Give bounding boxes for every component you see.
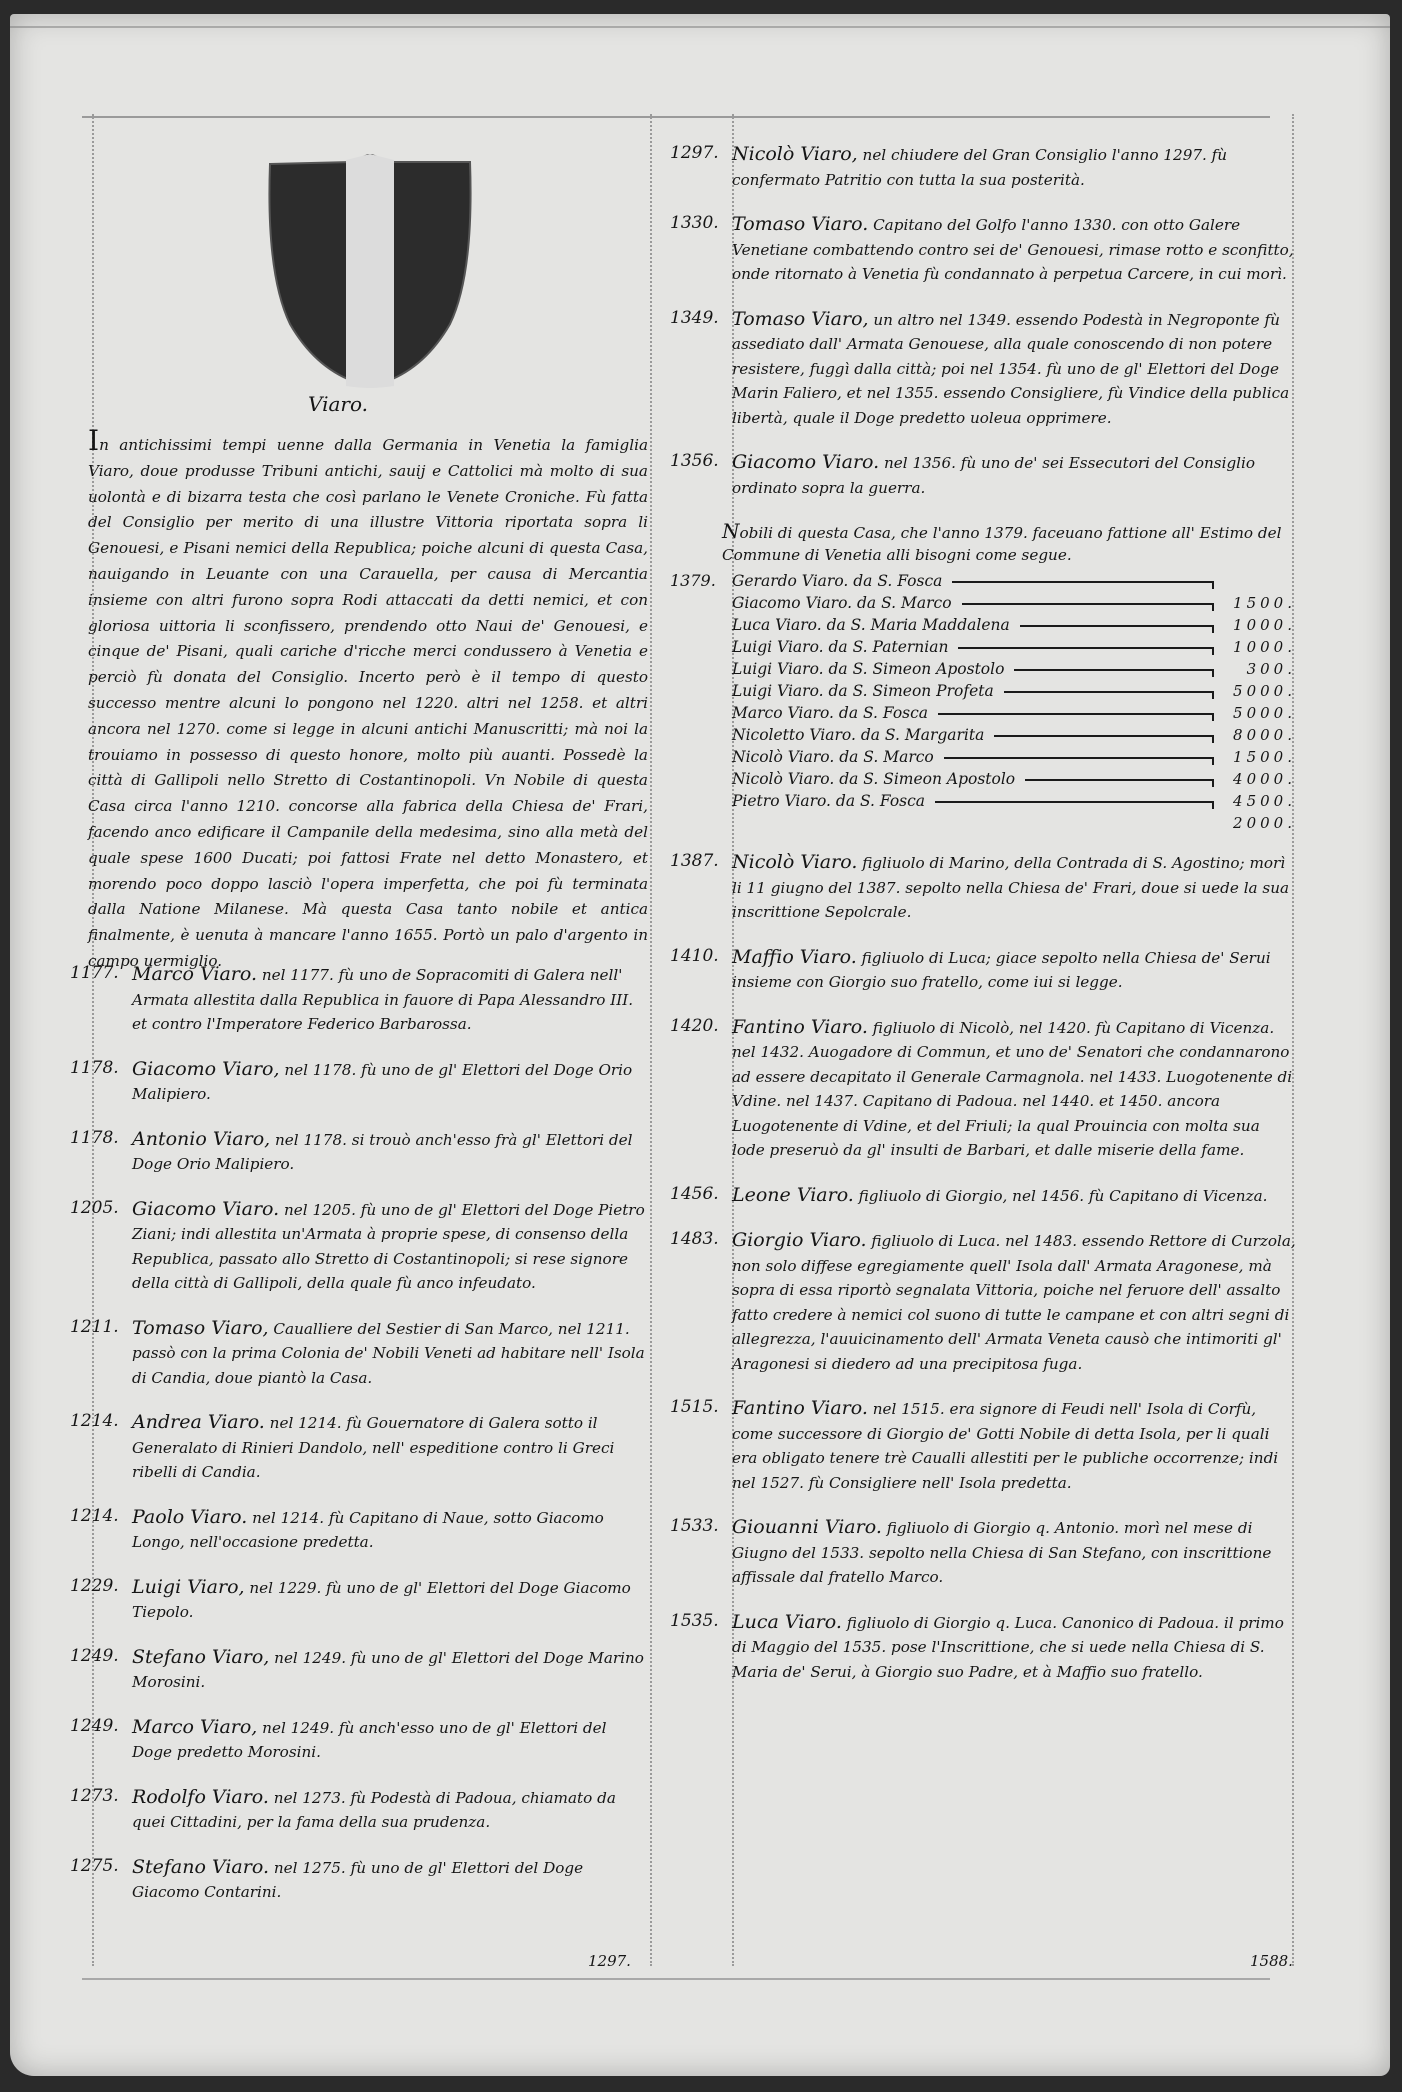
entry-text: figliuolo di Giorgio, nel 1456. fù Capit… [859,1187,1268,1205]
estimo-row: Luca Viaro. da S. Maria Maddalena1000. [670,612,1296,634]
leader-line [938,713,1212,715]
estimo-list: 1379.Gerardo Viaro. da S. FoscaGiacomo V… [670,568,1296,832]
entry-body: Stefano Viaro, nel 1249. fù uno de gl' E… [132,1645,650,1695]
estimo-row: Nicoletto Viaro. da S. Margarita8000. [670,722,1296,744]
estimo-row: Luigi Viaro. da S. Simeon Profeta5000. [670,678,1296,700]
estimo-row: Marco Viaro. da S. Fosca5000. [670,700,1296,722]
entry-name: Fantino Viaro. [732,1397,868,1419]
entry-year: 1297. [670,142,732,192]
left-entries: 1177.Marco Viaro. nel 1177. fù uno de So… [70,962,650,1925]
entry-name: Antonio Viaro, [132,1128,270,1150]
estimo-name: Luigi Viaro. da S. Simeon Apostolo [732,660,1004,678]
entry-year: 1420. [670,1015,732,1163]
estimo-name: Luca Viaro. da S. Maria Maddalena [732,616,1010,634]
entry-body: Paolo Viaro. nel 1214. fù Capitano di Na… [132,1505,650,1555]
drop-initial: I [88,424,99,457]
estimo-amount: 4000. [1216,770,1296,788]
chronicle-entry: 1275.Stefano Viaro. nel 1275. fù uno de … [70,1855,650,1905]
estimo-amount: 5000. [1216,682,1296,700]
entry-name: Marco Viaro. [132,963,257,985]
estimo-amount: 2000. [1216,814,1296,832]
entry-year: 1178. [70,1057,132,1107]
entry-body: Luca Viaro. figliuolo di Giorgio q. Luca… [732,1610,1296,1685]
entry-year: 1214. [70,1505,132,1555]
estimo-row: Luigi Viaro. da S. Paternian1000. [670,634,1296,656]
entry-body: Tomaso Viaro, Caualliere del Sestier di … [132,1316,650,1391]
entry-body: Maffio Viaro. figliuolo di Luca; giace s… [732,945,1296,995]
entry-body: Marco Viaro, nel 1249. fù anch'esso uno … [132,1715,650,1765]
chronicle-entry: 1205.Giacomo Viaro. nel 1205. fù uno de … [70,1197,650,1296]
leader-line [962,603,1212,605]
entry-year: 1273. [70,1785,132,1835]
intro-text: n antichissimi tempi uenne dalla Germani… [88,436,648,970]
entry-name: Rodolfo Viaro. [132,1786,269,1808]
chronicle-entry: 1420.Fantino Viaro. figliuolo di Nicolò,… [670,1015,1296,1163]
entry-name: Giacomo Viaro, [132,1058,280,1080]
chronicle-entry: 1456.Leone Viaro. figliuolo di Giorgio, … [670,1183,1296,1209]
leader-line [935,801,1212,803]
chronicle-entry: 1349.Tomaso Viaro, un altro nel 1349. es… [670,307,1296,431]
entry-body: Nicolò Viaro. figliuolo di Marino, della… [732,850,1296,925]
entry-year: 1349. [670,307,732,431]
entry-year: 1249. [70,1715,132,1765]
coat-of-arms-shield-icon [260,154,480,390]
chronicle-entry: 1177.Marco Viaro. nel 1177. fù uno de So… [70,962,650,1037]
entry-body: Giacomo Viaro, nel 1178. fù uno de gl' E… [132,1057,650,1107]
entry-body: Luigi Viaro, nel 1229. fù uno de gl' Ele… [132,1575,650,1625]
chronicle-entry: 1297.Nicolò Viaro, nel chiudere del Gran… [670,142,1296,192]
entry-body: Giacomo Viaro. nel 1205. fù uno de gl' E… [132,1197,650,1296]
right-column: 1297.Nicolò Viaro, nel chiudere del Gran… [670,142,1296,1704]
entry-year: 1533. [670,1515,732,1590]
entry-name: Tomaso Viaro, [132,1317,269,1339]
leader-line [944,757,1212,759]
entry-year: 1211. [70,1316,132,1391]
entry-year: 1456. [670,1183,732,1209]
estimo-amount: 5000. [1216,704,1296,722]
entry-year: 1214. [70,1410,132,1485]
leader-line [1025,779,1212,781]
entry-year: 1356. [670,450,732,500]
estimo-row: Giacomo Viaro. da S. Marco1500. [670,590,1296,612]
entry-name: Giacomo Viaro. [732,451,879,473]
entry-year: 1177. [70,962,132,1037]
chronicle-entry: 1273.Rodolfo Viaro. nel 1273. fù Podestà… [70,1785,650,1835]
estimo-row: Nicolò Viaro. da S. Simeon Apostolo4000. [670,766,1296,788]
entry-year: 1249. [70,1645,132,1695]
chronicle-entry: 1515.Fantino Viaro. nel 1515. era signor… [670,1396,1296,1495]
chronicle-entry: 1178.Antonio Viaro, nel 1178. si trouò a… [70,1127,650,1177]
leader-line [994,735,1212,737]
entry-name: Leone Viaro. [732,1184,854,1206]
entry-body: Tomaso Viaro, un altro nel 1349. essendo… [732,307,1296,431]
chronicle-entry: 1410.Maffio Viaro. figliuolo di Luca; gi… [670,945,1296,995]
estimo-name: Nicolò Viaro. da S. Simeon Apostolo [732,770,1015,788]
entry-name: Luca Viaro. [732,1611,842,1633]
chronicle-entry: 1178.Giacomo Viaro, nel 1178. fù uno de … [70,1057,650,1107]
chronicle-entry: 1483.Giorgio Viaro. figliuolo di Luca. n… [670,1228,1296,1376]
intro-paragraph: In antichissimi tempi uenne dalla German… [88,432,648,975]
estimo-row: Luigi Viaro. da S. Simeon Apostolo300. [670,656,1296,678]
entry-name: Marco Viaro, [132,1716,257,1738]
column-rule [650,114,653,1966]
entry-name: Nicolò Viaro. [732,851,857,873]
estimo-amount: 4500. [1216,792,1296,810]
chronicle-entry: 1330.Tomaso Viaro. Capitano del Golfo l'… [670,212,1296,287]
entry-year: 1387. [670,850,732,925]
entry-name: Giouanni Viaro. [732,1516,882,1538]
chronicle-entry: 1387.Nicolò Viaro. figliuolo di Marino, … [670,850,1296,925]
entry-body: Giorgio Viaro. figliuolo di Luca. nel 14… [732,1228,1296,1376]
entry-year: 1178. [70,1127,132,1177]
estimo-name: Giacomo Viaro. da S. Marco [732,594,952,612]
entry-name: Tomaso Viaro. [732,213,868,235]
entry-body: Rodolfo Viaro. nel 1273. fù Podestà di P… [132,1785,650,1835]
entry-body: Andrea Viaro. nel 1214. fù Gouernatore d… [132,1410,650,1485]
entry-year: 1229. [70,1575,132,1625]
entry-year: 1275. [70,1855,132,1905]
entry-name: Maffio Viaro. [732,946,857,968]
estimo-name: Luigi Viaro. da S. Paternian [732,638,948,656]
estimo-name: Marco Viaro. da S. Fosca [732,704,928,722]
estimo-amount: 1000. [1216,638,1296,656]
family-title: Viaro. [308,392,368,416]
entry-year: 1483. [670,1228,732,1376]
leader-line [1014,669,1212,671]
entry-name: Fantino Viaro. [732,1016,868,1038]
entry-body: Giacomo Viaro. nel 1356. fù uno de' sei … [732,450,1296,500]
entry-body: Giouanni Viaro. figliuolo di Giorgio q. … [732,1515,1296,1590]
estimo-name: Pietro Viaro. da S. Fosca [732,792,925,810]
chronicle-entry: 1249.Stefano Viaro, nel 1249. fù uno de … [70,1645,650,1695]
entry-year: 1535. [670,1610,732,1685]
entry-name: Giorgio Viaro. [732,1229,867,1251]
entry-year: 1205. [70,1197,132,1296]
estimo-row: 1379.Gerardo Viaro. da S. Fosca [670,568,1296,590]
chronicle-entry: 1229.Luigi Viaro, nel 1229. fù uno de gl… [70,1575,650,1625]
estimo-name: Nicolò Viaro. da S. Marco [732,748,934,766]
estimo-name: Nicoletto Viaro. da S. Margarita [732,726,984,744]
entry-text: figliuolo di Nicolò, nel 1420. fù Capita… [732,1019,1292,1160]
estimo-year: 1379. [670,571,732,590]
manuscript-page: Viaro. In antichissimi tempi uenne dalla… [10,14,1390,2076]
entry-name: Tomaso Viaro, [732,308,869,330]
entry-year: 1515. [670,1396,732,1495]
estimo-name: Gerardo Viaro. da S. Fosca [732,572,942,590]
entry-body: Fantino Viaro. figliuolo di Nicolò, nel … [732,1015,1296,1163]
leader-line [952,581,1212,583]
estimo-amount: 1500. [1216,594,1296,612]
entry-body: Antonio Viaro, nel 1178. si trouò anch'e… [132,1127,650,1177]
entry-name: Paolo Viaro. [132,1506,247,1528]
estimo-amount: 1000. [1216,616,1296,634]
entry-year: 1330. [670,212,732,287]
entry-name: Giacomo Viaro. [132,1198,279,1220]
leader-line [958,647,1212,649]
entry-name: Stefano Viaro, [132,1646,269,1668]
estimo-amount: 300. [1216,660,1296,678]
entry-body: Marco Viaro. nel 1177. fù uno de Sopraco… [132,962,650,1037]
entry-name: Luigi Viaro, [132,1576,245,1598]
chronicle-entry: 1214.Andrea Viaro. nel 1214. fù Gouernat… [70,1410,650,1485]
entry-text: figliuolo di Luca. nel 1483. essendo Ret… [732,1232,1296,1373]
estimo-amount: 8000. [1216,726,1296,744]
estimo-row: 2000. [670,810,1296,832]
estimo-name: Luigi Viaro. da S. Simeon Profeta [732,682,994,700]
estimo-heading: Nobili di questa Casa, che l'anno 1379. … [722,520,1296,566]
entry-body: Fantino Viaro. nel 1515. era signore di … [732,1396,1296,1495]
catchword-left: 1297. [588,1952,631,1970]
chronicle-entry: 1214.Paolo Viaro. nel 1214. fù Capitano … [70,1505,650,1555]
estimo-amount: 1500. [1216,748,1296,766]
leader-line [1020,625,1212,627]
entry-body: Tomaso Viaro. Capitano del Golfo l'anno … [732,212,1296,287]
entry-body: Stefano Viaro. nel 1275. fù uno de gl' E… [132,1855,650,1905]
chronicle-entry: 1533.Giouanni Viaro. figliuolo di Giorgi… [670,1515,1296,1590]
chronicle-entry: 1535.Luca Viaro. figliuolo di Giorgio q.… [670,1610,1296,1685]
chronicle-entry: 1356.Giacomo Viaro. nel 1356. fù uno de'… [670,450,1296,500]
estimo-row: Nicolò Viaro. da S. Marco1500. [670,744,1296,766]
entry-name: Stefano Viaro. [132,1856,269,1878]
entry-body: Leone Viaro. figliuolo di Giorgio, nel 1… [732,1183,1296,1209]
entry-name: Nicolò Viaro, [732,143,858,165]
chronicle-entry: 1211.Tomaso Viaro, Caualliere del Sestie… [70,1316,650,1391]
entry-body: Nicolò Viaro, nel chiudere del Gran Cons… [732,142,1296,192]
catchword-right: 1588. [1250,1952,1293,1970]
leader-line [1004,691,1212,693]
chronicle-entry: 1249.Marco Viaro, nel 1249. fù anch'esso… [70,1715,650,1765]
entry-name: Andrea Viaro. [132,1411,265,1433]
entry-year: 1410. [670,945,732,995]
estimo-row: Pietro Viaro. da S. Fosca4500. [670,788,1296,810]
